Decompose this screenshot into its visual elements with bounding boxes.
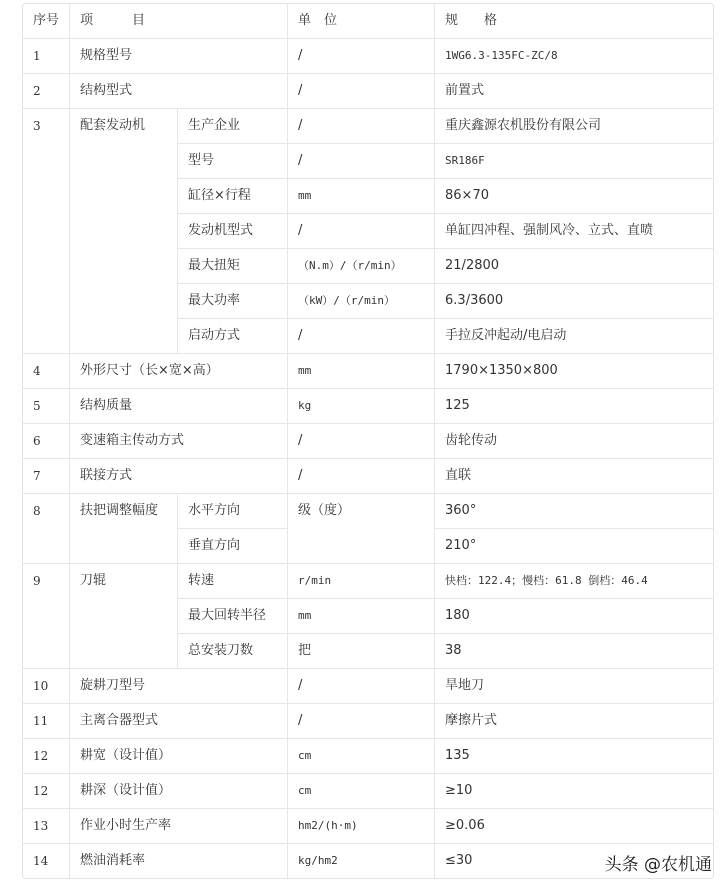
row-seq: 8	[23, 494, 70, 564]
header-item: 项 目	[70, 4, 288, 39]
row-seq: 7	[23, 459, 70, 494]
row-unit: /	[288, 39, 435, 74]
row-unit: r/min	[288, 564, 435, 599]
row-spec: ≥0.06	[435, 809, 713, 844]
row-item: 联接方式	[70, 459, 288, 494]
row-seq: 1	[23, 39, 70, 74]
row-unit: /	[288, 669, 435, 704]
table-row: 10 旋耕刀型号 / 旱地刀	[23, 669, 713, 704]
header-spec: 规 格	[435, 4, 713, 39]
row-unit: /	[288, 74, 435, 109]
row-item: 外形尺寸（长×宽×高）	[70, 354, 288, 389]
table-row: 11 主离合器型式 / 摩擦片式	[23, 704, 713, 739]
row-spec: 135	[435, 739, 713, 774]
row-spec: 旱地刀	[435, 669, 713, 704]
row-item: 燃油消耗率	[70, 844, 288, 878]
row-unit: kg/hm2	[288, 844, 435, 878]
row-spec: 86×70	[435, 179, 713, 214]
table-row: 12 耕宽（设计值） cm 135	[23, 739, 713, 774]
row-seq: 14	[23, 844, 70, 878]
row-item: 旋耕刀型号	[70, 669, 288, 704]
row-spec: 21/2800	[435, 249, 713, 284]
row-item: 刀辊	[70, 564, 178, 669]
row-spec: 360°	[435, 494, 713, 529]
row-seq: 12	[23, 739, 70, 774]
row-spec: 180	[435, 599, 713, 634]
row-spec: 125	[435, 389, 713, 424]
row-unit: /	[288, 319, 435, 354]
row-seq: 4	[23, 354, 70, 389]
row-item: 结构质量	[70, 389, 288, 424]
header-seq: 序号	[23, 4, 70, 39]
row-spec: 前置式	[435, 74, 713, 109]
row-seq: 5	[23, 389, 70, 424]
row-spec: 1790×1350×800	[435, 354, 713, 389]
row-spec: 齿轮传动	[435, 424, 713, 459]
header-unit: 单 位	[288, 4, 435, 39]
table-row: 1 规格型号 / 1WG6.3-135FC-ZC/8	[23, 39, 713, 74]
row-unit: （kW）/（r/min）	[288, 284, 435, 319]
row-seq: 11	[23, 704, 70, 739]
row-spec: 6.3/3600	[435, 284, 713, 319]
row-unit: （N.m）/（r/min）	[288, 249, 435, 284]
row-unit: mm	[288, 354, 435, 389]
row-seq: 6	[23, 424, 70, 459]
row-unit: mm	[288, 599, 435, 634]
row-item: 变速箱主传动方式	[70, 424, 288, 459]
row-item: 配套发动机	[70, 109, 178, 354]
row-unit: cm	[288, 739, 435, 774]
row-unit: mm	[288, 179, 435, 214]
row-subitem: 水平方向	[178, 494, 288, 529]
table-row: 3 配套发动机 生产企业 / 重庆鑫源农机股份有限公司	[23, 109, 713, 144]
row-seq: 2	[23, 74, 70, 109]
row-subitem: 最大功率	[178, 284, 288, 319]
row-unit: kg	[288, 389, 435, 424]
row-spec: 手拉反冲起动/电启动	[435, 319, 713, 354]
row-seq: 12	[23, 774, 70, 809]
row-seq: 13	[23, 809, 70, 844]
row-unit: /	[288, 144, 435, 179]
table-row: 6 变速箱主传动方式 / 齿轮传动	[23, 424, 713, 459]
table-row: 13 作业小时生产率 hm2/(h·m) ≥0.06	[23, 809, 713, 844]
row-spec: 210°	[435, 529, 713, 564]
row-unit: cm	[288, 774, 435, 809]
row-item: 耕宽（设计值）	[70, 739, 288, 774]
row-unit: 级（度）	[288, 494, 435, 564]
table-row: 7 联接方式 / 直联	[23, 459, 713, 494]
row-subitem: 最大扭矩	[178, 249, 288, 284]
row-subitem: 生产企业	[178, 109, 288, 144]
row-seq: 10	[23, 669, 70, 704]
row-spec: 摩擦片式	[435, 704, 713, 739]
row-spec: ≥10	[435, 774, 713, 809]
row-unit: /	[288, 704, 435, 739]
table-row: 12 耕深（设计值） cm ≥10	[23, 774, 713, 809]
row-unit: 把	[288, 634, 435, 669]
watermark-text: 头条 @农机通	[605, 850, 712, 875]
row-subitem: 型号	[178, 144, 288, 179]
row-spec: SR186F	[435, 144, 713, 179]
row-item: 扶把调整幅度	[70, 494, 178, 564]
table-row: 9 刀辊 转速 r/min 快档：122.4；慢档：61.8 倒档：46.4	[23, 564, 713, 599]
row-seq: 3	[23, 109, 70, 354]
row-item: 耕深（设计值）	[70, 774, 288, 809]
row-seq: 9	[23, 564, 70, 669]
row-unit: /	[288, 109, 435, 144]
row-subitem: 转速	[178, 564, 288, 599]
row-spec: 重庆鑫源农机股份有限公司	[435, 109, 713, 144]
row-item: 主离合器型式	[70, 704, 288, 739]
table-row: 4 外形尺寸（长×宽×高） mm 1790×1350×800	[23, 354, 713, 389]
table-header-row: 序号 项 目 单 位 规 格	[23, 4, 713, 39]
row-spec: 直联	[435, 459, 713, 494]
row-subitem: 垂直方向	[178, 529, 288, 564]
row-subitem: 总安装刀数	[178, 634, 288, 669]
row-item: 作业小时生产率	[70, 809, 288, 844]
row-unit: /	[288, 459, 435, 494]
table-row: 2 结构型式 / 前置式	[23, 74, 713, 109]
row-unit: /	[288, 424, 435, 459]
row-spec: 快档：122.4；慢档：61.8 倒档：46.4	[435, 564, 713, 599]
row-spec: 38	[435, 634, 713, 669]
row-subitem: 最大回转半径	[178, 599, 288, 634]
row-item: 规格型号	[70, 39, 288, 74]
row-unit: hm2/(h·m)	[288, 809, 435, 844]
spec-table: 序号 项 目 单 位 规 格 1 规格型号 / 1WG6.3-135FC-ZC/…	[22, 3, 714, 879]
row-unit: /	[288, 214, 435, 249]
row-item: 结构型式	[70, 74, 288, 109]
row-subitem: 启动方式	[178, 319, 288, 354]
row-spec: 单缸四冲程、强制风冷、立式、直喷	[435, 214, 713, 249]
row-subitem: 发动机型式	[178, 214, 288, 249]
table-row: 8 扶把调整幅度 水平方向 级（度） 360°	[23, 494, 713, 529]
row-subitem: 缸径×行程	[178, 179, 288, 214]
row-spec: 1WG6.3-135FC-ZC/8	[435, 39, 713, 74]
table-row: 5 结构质量 kg 125	[23, 389, 713, 424]
